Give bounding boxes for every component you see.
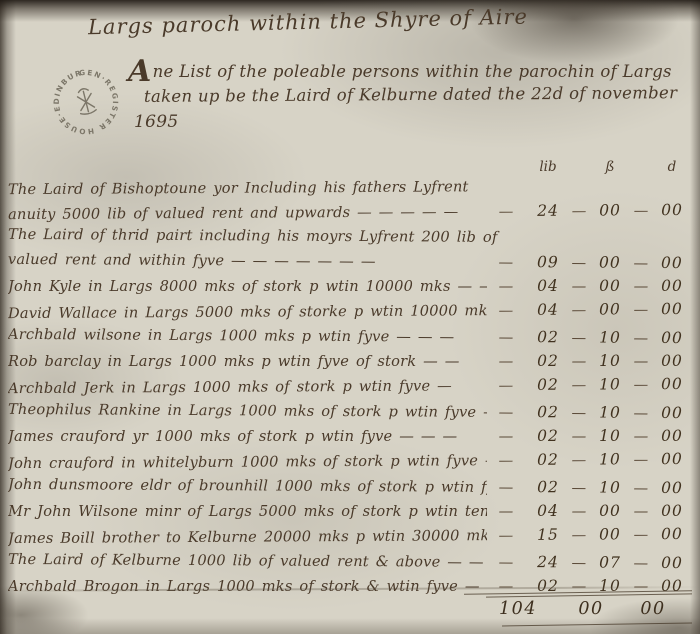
- entry-text: Archbald Brogon in Largs 1000 mks of sto…: [8, 575, 487, 599]
- total-rule-bottom: [502, 623, 692, 627]
- entry-amount-d: 00: [649, 198, 695, 222]
- entry-amount-d: 00: [649, 349, 695, 373]
- entry-amount-d: 00: [649, 297, 695, 321]
- page-title: Largs paroch within the Shyre of Aire: [88, 5, 518, 39]
- list-heading: Ane List of the poleable persons within …: [128, 62, 688, 132]
- entry-amount-lib: 24: [525, 199, 571, 223]
- entry-amount-sh: 00: [587, 522, 633, 546]
- entry-amount-d: 00: [649, 522, 695, 546]
- entry-row: Mr John Wilsone minr of Largs 5000 mks o…: [8, 499, 695, 524]
- entry-row: The Laird of Bishoptoune yor Including h…: [8, 174, 695, 227]
- column-header-lib: lib: [525, 158, 571, 176]
- entry-amount-d: 00: [649, 401, 695, 425]
- entry-amount-sh: 00: [587, 250, 633, 274]
- entry-text: John dunsmoore eldr of brounhill 1000 mk…: [8, 473, 487, 500]
- entry-amount-d: 00: [649, 274, 695, 298]
- entry-text: Mr John Wilsone minr of Largs 5000 mks o…: [8, 500, 487, 524]
- entry-amount-sh: 10: [587, 447, 633, 471]
- entry-amount-sh: 10: [587, 372, 633, 396]
- heading-date: 1695: [134, 112, 688, 132]
- entry-amount-sh: 07: [587, 550, 633, 574]
- entry-amount-sh: 00: [587, 297, 633, 321]
- entry-amount-d: 00: [649, 499, 695, 523]
- entry-row: Archbald wilsone in Largs 1000 mks p wti…: [8, 322, 695, 351]
- entry-amount-d: 00: [649, 476, 695, 500]
- entry-text: The Laird of Kelburne 1000 lib of valued…: [8, 548, 487, 575]
- column-headers: lib ß d: [8, 158, 695, 176]
- entry-text: valued rent and within fyve — — — — — — …: [8, 248, 487, 275]
- heading-initial: A: [128, 54, 152, 89]
- entry-text: Theophilus Rankine in Largs 1000 mks of …: [8, 398, 487, 425]
- total-section: 104 00 00: [452, 592, 692, 625]
- entry-text: The Laird of thrid pairt including his m…: [8, 223, 695, 251]
- entry-row: The Laird of Kelburne 1000 lib of valued…: [8, 547, 695, 576]
- entry-amount-lib: 02: [525, 373, 571, 397]
- total-d: 00: [622, 596, 684, 622]
- entry-row: John Kyle in Largs 8000 mks of stork p w…: [8, 274, 695, 299]
- entry-amount-sh: 00: [587, 499, 633, 523]
- entry-amount-lib: 04: [525, 298, 571, 322]
- entry-amount-lib: 04: [525, 274, 571, 298]
- entry-amount-sh: 00: [587, 198, 633, 222]
- total-row: 104 00 00: [476, 596, 684, 622]
- entry-text: Archbald wilsone in Largs 1000 mks p wti…: [8, 323, 487, 350]
- entry-amount-lib: 02: [525, 448, 571, 472]
- entry-amount-lib: 02: [525, 349, 571, 373]
- entry-amount-d: 00: [649, 326, 695, 350]
- entry-amount-sh: 10: [587, 400, 633, 424]
- entry-amount-lib: 02: [525, 475, 571, 499]
- column-header-shillings: ß: [587, 158, 633, 176]
- entry-text: Rob barclay in Largs 1000 mks p wtin fyv…: [8, 350, 487, 374]
- entry-amount-sh: 10: [587, 424, 633, 448]
- register-house-stamp: GEN·REGISTER HOUSE·EDINBURGH·: [35, 51, 137, 153]
- entry-amount-lib: 15: [525, 523, 571, 547]
- manuscript-page: Largs paroch within the Shyre of Aire GE…: [0, 0, 700, 634]
- entry-amount-d: 00: [649, 447, 695, 471]
- poll-list: lib ß d The Laird of Bishoptoune yor Inc…: [8, 158, 695, 599]
- entry-amount-lib: 02: [525, 400, 571, 424]
- entry-row: Rob barclay in Largs 1000 mks p wtin fyv…: [8, 349, 695, 374]
- entry-amount-d: 00: [649, 251, 695, 275]
- heading-line2: taken up be the Laird of Kelburne dated …: [144, 83, 688, 106]
- entry-row: John dunsmoore eldr of brounhill 1000 mk…: [8, 472, 695, 501]
- entry-amount-lib: 09: [525, 250, 571, 274]
- entry-text: John Kyle in Largs 8000 mks of stork p w…: [8, 275, 487, 299]
- total-sh: 00: [560, 596, 622, 622]
- entry-amount-sh: 00: [587, 274, 633, 298]
- entry-row: Theophilus Rankine in Largs 1000 mks of …: [8, 397, 695, 426]
- entry-amount-d: 00: [649, 424, 695, 448]
- entry-row: James crauford yr 1000 mks of stork p wt…: [8, 424, 695, 449]
- entry-amount-lib: 24: [525, 550, 571, 574]
- entry-amount-lib: 04: [525, 499, 571, 523]
- stamp-crest-icon: [75, 87, 97, 116]
- entry-amount-sh: 10: [587, 475, 633, 499]
- entry-amount-sh: 10: [587, 325, 633, 349]
- entry-amount-d: 00: [649, 551, 695, 575]
- entry-amount-lib: 02: [525, 424, 571, 448]
- entry-row: The Laird of thrid pairt including his m…: [8, 223, 695, 276]
- entry-amount-sh: 10: [587, 349, 633, 373]
- heading-line1: Ane List of the poleable persons within …: [128, 62, 688, 81]
- entry-amount-lib: 02: [525, 325, 571, 349]
- total-lib: 104: [476, 596, 560, 622]
- entry-text: James crauford yr 1000 mks of stork p wt…: [8, 425, 487, 449]
- entry-amount-d: 00: [649, 372, 695, 396]
- heading-line1-text: ne List of the poleable persons within t…: [153, 62, 672, 81]
